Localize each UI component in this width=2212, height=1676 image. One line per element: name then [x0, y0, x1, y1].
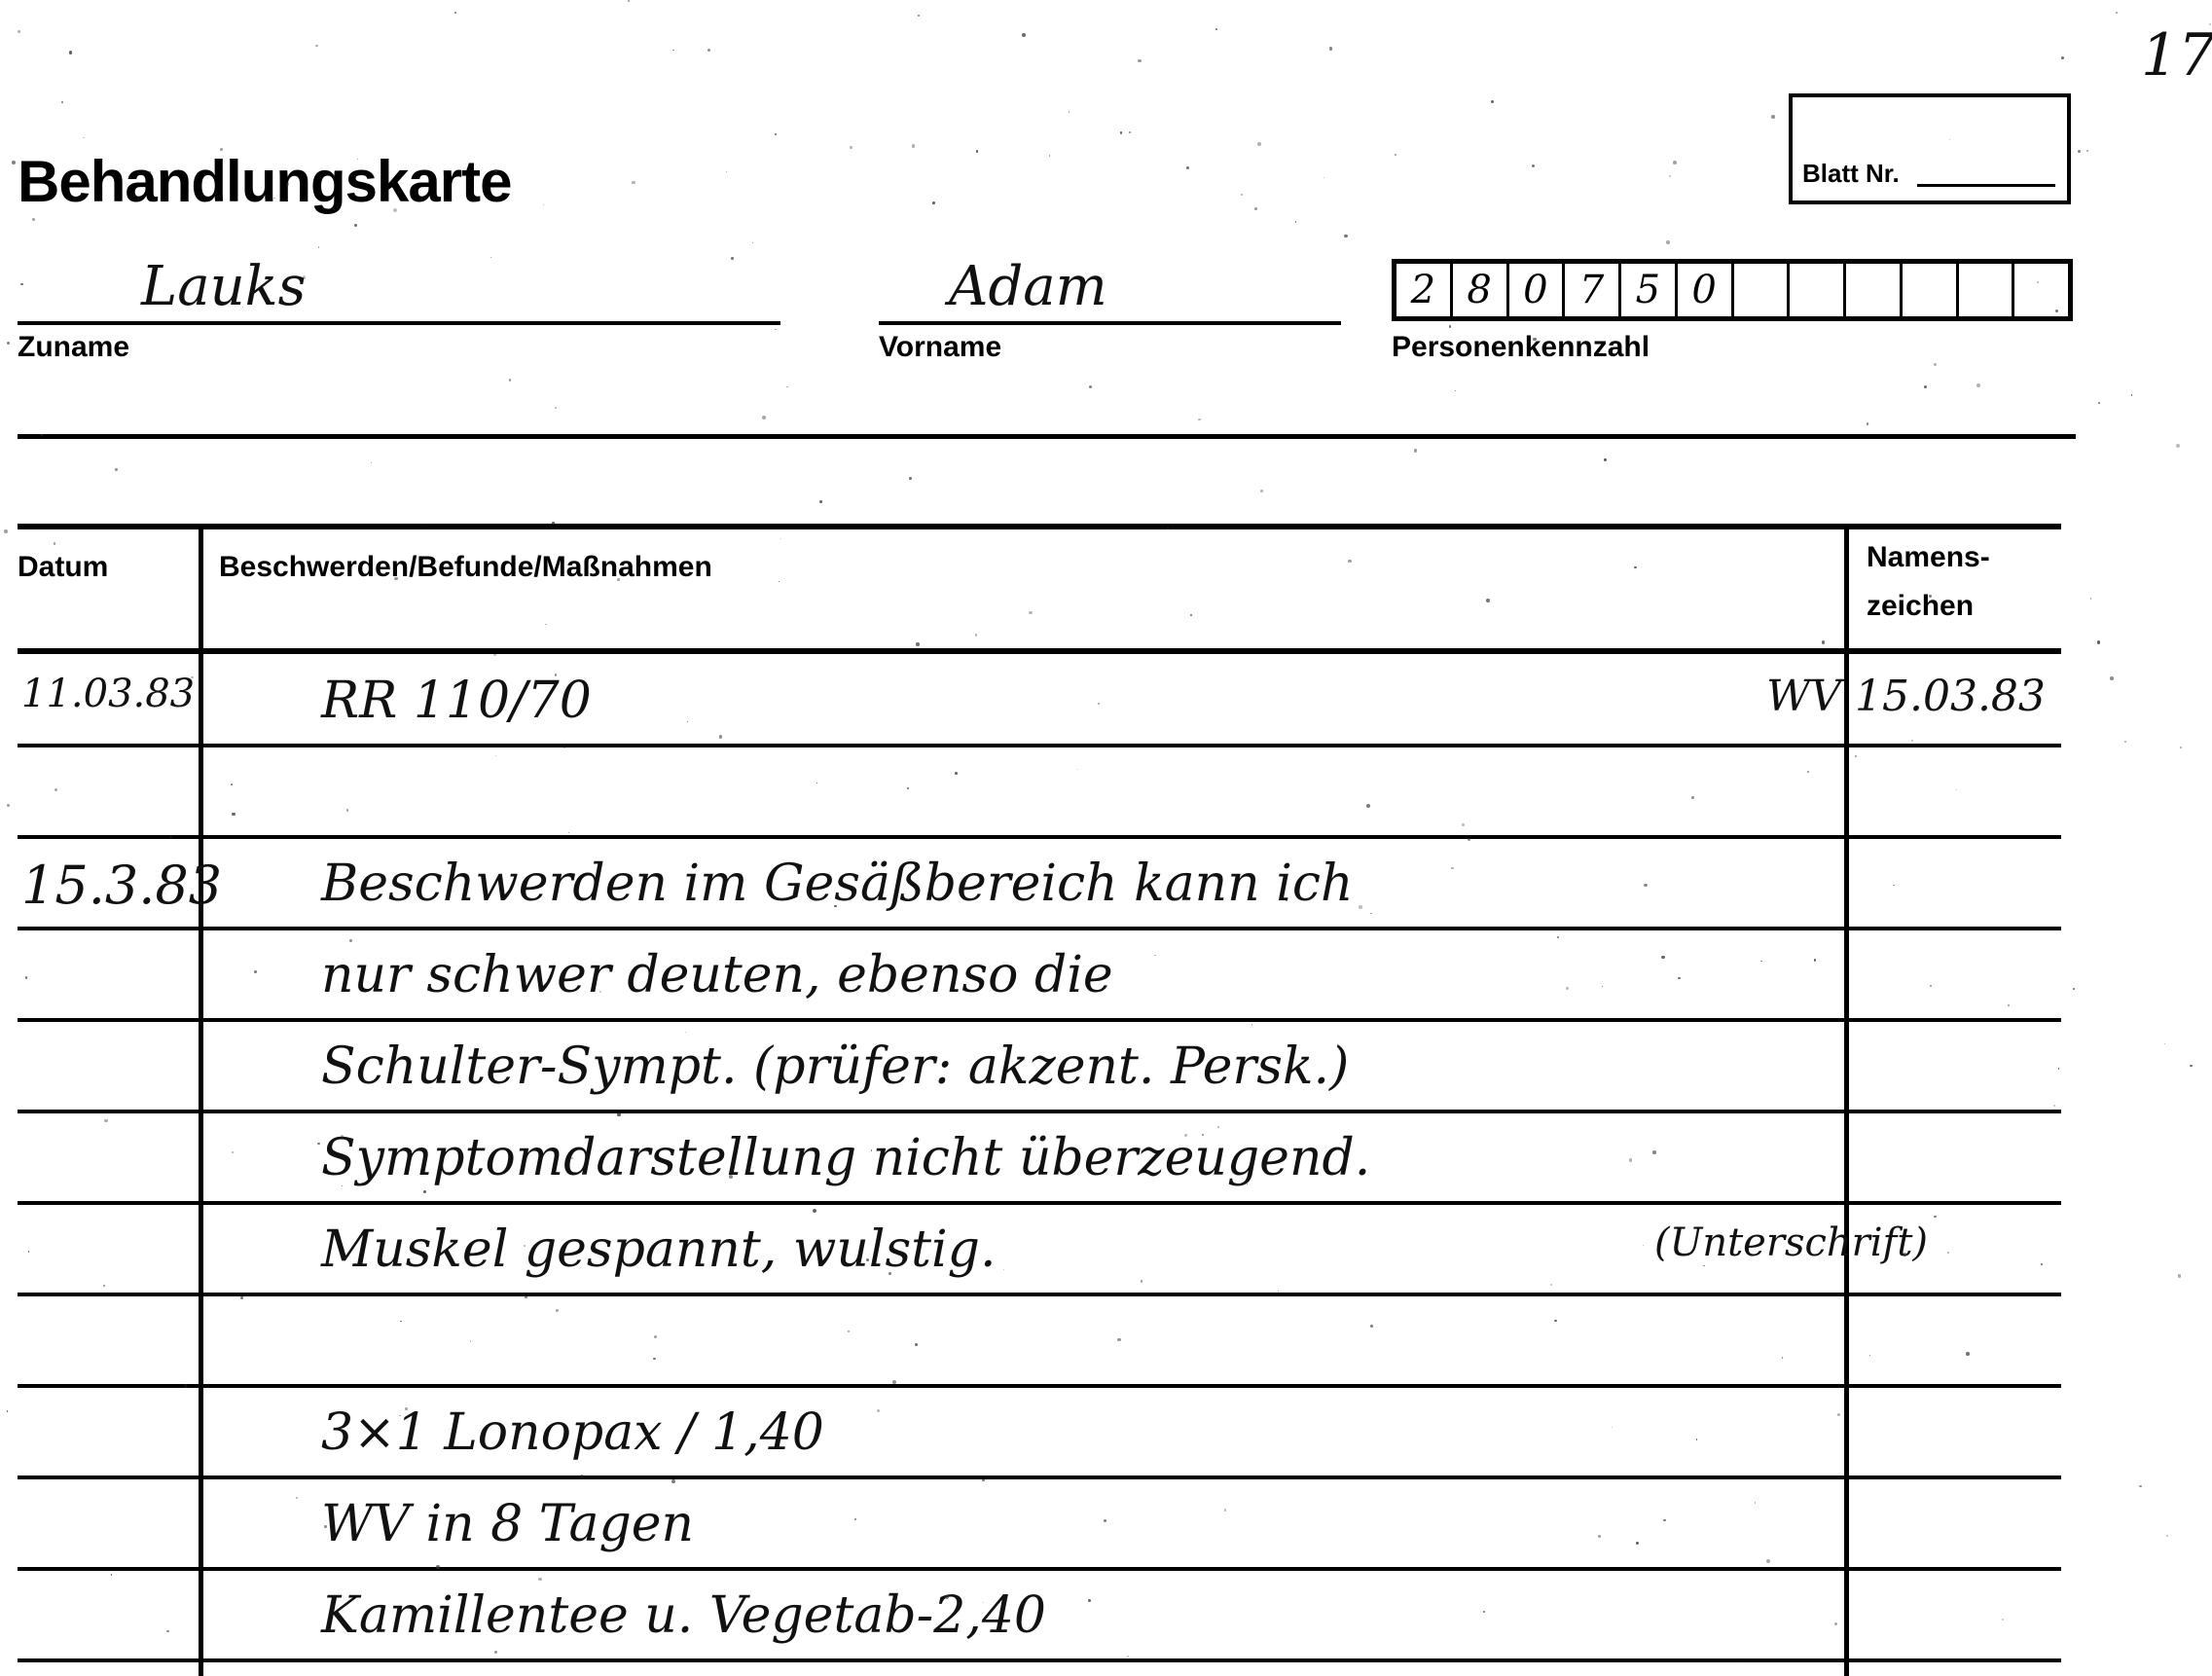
page-number: 17	[2141, 21, 2212, 90]
scan-noise	[2176, 444, 2180, 448]
scan-noise	[1198, 419, 1200, 420]
scan-noise	[1949, 139, 1950, 140]
scan-noise	[400, 1321, 401, 1322]
scan-noise	[775, 329, 777, 331]
scan-noise	[2041, 1263, 2043, 1265]
scan-noise	[813, 1209, 816, 1213]
row-line	[18, 1293, 2061, 1296]
scan-noise	[1154, 955, 1156, 957]
scan-noise	[571, 1157, 572, 1158]
scan-noise	[871, 1149, 873, 1151]
scan-noise	[490, 257, 491, 258]
scan-noise	[1760, 961, 1762, 963]
person-id-digit[interactable]: 0	[1509, 264, 1566, 316]
scan-noise	[1029, 611, 1033, 615]
scan-noise	[342, 1185, 343, 1186]
scan-noise	[296, 1497, 299, 1500]
scan-noise	[976, 150, 979, 153]
person-id-digit[interactable]: 5	[1621, 264, 1678, 316]
scan-noise	[1924, 385, 1927, 388]
header-findings: Beschwerden/Befunde/Maßnahmen	[219, 551, 712, 584]
person-id-digit[interactable]	[1790, 264, 1846, 316]
firstname-value: Adam	[949, 255, 1107, 318]
scan-noise	[2116, 12, 2118, 14]
scan-noise	[1324, 177, 1324, 178]
scan-noise	[752, 242, 753, 243]
scan-noise	[819, 500, 822, 503]
scan-noise	[1455, 390, 1457, 392]
scan-noise	[1117, 1338, 1121, 1342]
row-findings: 3×1 Lonopax / 1,40	[321, 1403, 824, 1462]
scan-noise	[775, 133, 777, 135]
scan-noise	[877, 1409, 880, 1412]
scan-noise	[4, 529, 8, 533]
scan-noise	[780, 538, 782, 540]
scan-noise	[599, 991, 601, 993]
person-id-label: Personenkennzahl	[1392, 331, 1650, 364]
scan-noise	[200, 871, 202, 873]
scan-noise	[2086, 150, 2089, 153]
scan-noise	[1634, 566, 1636, 568]
scan-noise	[1138, 59, 1142, 63]
row-initials: WV 15.03.83	[1766, 672, 2046, 721]
scan-noise	[1022, 33, 1026, 37]
row-findings: nur schwer deuten, ebenso die	[321, 946, 1113, 1004]
scan-noise	[538, 1578, 541, 1581]
scan-noise	[1934, 1216, 1936, 1218]
scan-noise	[1257, 142, 1261, 146]
scan-noise	[617, 578, 620, 581]
scan-noise	[729, 1175, 733, 1179]
scan-noise	[632, 181, 635, 185]
scan-noise	[1782, 1357, 1784, 1359]
scan-noise	[115, 468, 117, 470]
row-findings: Beschwerden im Gesäßbereich kann ich	[321, 855, 1353, 913]
person-id-digit[interactable]: 2	[1396, 264, 1453, 316]
row-findings: Muskel gespannt, wulstig.	[321, 1221, 997, 1279]
scan-noise	[2061, 56, 2064, 59]
sheet-number-field[interactable]	[1917, 184, 2055, 187]
scan-noise	[1049, 155, 1051, 157]
scan-noise	[495, 755, 496, 756]
scan-noise	[341, 1135, 344, 1138]
scan-noise	[2124, 741, 2126, 743]
header-initials-line2: zeichen	[1867, 590, 1974, 623]
scan-noise	[111, 1574, 113, 1576]
scan-noise	[918, 15, 920, 17]
scan-noise	[563, 746, 566, 748]
scan-noise	[731, 257, 734, 260]
scan-noise	[1184, 1134, 1186, 1136]
scan-noise	[1976, 383, 1980, 387]
person-id-digit[interactable]	[1846, 264, 1903, 316]
firstname-label: Vorname	[879, 331, 1001, 364]
scan-noise	[394, 577, 397, 580]
scan-noise	[2058, 1068, 2060, 1070]
scan-noise	[761, 971, 762, 972]
scan-noise	[1678, 977, 1681, 980]
person-id-digit[interactable]: 0	[1678, 264, 1734, 316]
scan-noise	[2097, 640, 2101, 644]
scan-noise	[983, 1602, 984, 1603]
scan-noise	[1644, 884, 1647, 887]
scan-noise	[25, 976, 27, 978]
scan-noise	[848, 1330, 849, 1331]
scan-noise	[1260, 490, 1264, 493]
scan-noise	[1966, 1352, 1970, 1356]
scan-noise	[955, 772, 958, 775]
scan-noise	[1215, 28, 1217, 30]
row-line	[18, 927, 2061, 930]
scan-noise	[1652, 1150, 1656, 1154]
scan-noise	[1566, 987, 1569, 990]
row-date: 11.03.83	[21, 672, 195, 716]
scan-noise	[816, 783, 817, 783]
scan-noise	[975, 634, 977, 636]
scan-noise	[687, 721, 688, 722]
scan-noise	[2139, 1485, 2141, 1487]
scan-noise	[628, 0, 630, 2]
scan-noise	[1867, 422, 1869, 425]
scan-noise	[1855, 755, 1857, 757]
scan-noise	[1167, 528, 1169, 529]
scan-noise	[18, 30, 20, 33]
sheet-number-label: Blatt Nr.	[1802, 159, 1900, 189]
scan-noise	[315, 45, 318, 48]
scan-noise	[552, 522, 554, 524]
scan-noise	[1088, 1599, 1091, 1602]
scan-noise	[1934, 363, 1937, 366]
person-id-digit[interactable]	[1959, 264, 2015, 316]
scan-noise	[371, 462, 372, 463]
scan-noise	[354, 224, 357, 227]
row-line	[18, 1476, 2061, 1479]
person-id-digit[interactable]: 7	[1565, 264, 1621, 316]
scan-noise	[1696, 1439, 1698, 1440]
scan-noise	[1532, 164, 1535, 167]
scan-noise	[1771, 115, 1775, 119]
scan-noise	[2053, 1105, 2055, 1107]
row-line	[18, 1201, 2061, 1205]
header-date: Datum	[18, 551, 108, 584]
scan-noise	[54, 542, 56, 545]
scan-noise	[907, 787, 909, 789]
person-id-digit[interactable]	[2014, 264, 2068, 316]
scan-noise	[7, 342, 10, 345]
scan-noise	[2078, 150, 2081, 153]
scan-noise	[543, 204, 544, 205]
scan-noise	[317, 1143, 320, 1146]
scan-noise	[1254, 207, 1257, 210]
scan-noise	[779, 581, 780, 582]
scan-noise	[762, 416, 766, 419]
scan-noise	[32, 218, 35, 221]
scan-noise	[12, 161, 16, 164]
scan-noise	[1359, 905, 1361, 908]
scan-noise	[61, 101, 63, 103]
scan-noise	[454, 12, 456, 14]
person-id-digit[interactable]	[1903, 264, 1959, 316]
row-line	[18, 744, 2061, 747]
row-findings: WV in 8 Tagen	[321, 1495, 694, 1553]
scan-noise	[1604, 458, 1606, 460]
scan-noise	[1104, 1519, 1106, 1522]
scan-noise	[1127, 1656, 1129, 1658]
scan-noise	[1462, 823, 1465, 826]
scan-noise	[786, 386, 787, 387]
scan-noise	[1663, 1519, 1666, 1522]
row-date: 15.3.83	[21, 855, 222, 916]
scan-noise	[2190, 1065, 2193, 1068]
scan-noise	[888, 1272, 891, 1275]
scan-noise	[220, 148, 223, 151]
scan-noise	[556, 1309, 558, 1311]
row-findings: Kamillentee u. Vegetab-2,40	[321, 1586, 1046, 1645]
surname-line	[18, 321, 780, 325]
scan-noise	[1129, 131, 1131, 133]
scan-noise	[545, 624, 547, 626]
scan-noise	[1414, 449, 1417, 452]
scan-noise	[2178, 1274, 2181, 1277]
scan-noise	[470, 1340, 471, 1341]
scan-noise	[1395, 154, 1396, 156]
scan-noise	[349, 939, 352, 942]
scan-noise	[525, 1295, 527, 1298]
scan-noise	[83, 137, 85, 139]
scan-noise	[672, 50, 674, 52]
scan-noise	[1186, 166, 1189, 169]
scan-noise	[1370, 913, 1372, 915]
row-initials: (Unterschrift)	[1654, 1221, 1928, 1265]
scan-noise	[1241, 194, 1243, 196]
table-header-border	[18, 648, 2061, 654]
scan-noise	[1837, 1413, 1840, 1416]
scan-noise	[2164, 1043, 2165, 1044]
scan-noise	[2090, 598, 2092, 600]
scan-noise	[866, 1258, 869, 1261]
scan-noise	[653, 1358, 656, 1361]
row-line	[18, 835, 2061, 839]
scan-noise	[982, 1479, 985, 1482]
scan-noise	[1629, 1158, 1632, 1161]
scan-noise	[1217, 1126, 1219, 1128]
scan-noise	[1329, 47, 1332, 50]
scan-noise	[1295, 221, 1297, 223]
scan-noise	[1691, 796, 1694, 799]
scan-noise	[617, 1112, 620, 1115]
scan-noise	[423, 1190, 426, 1193]
scan-noise	[1370, 1325, 1374, 1329]
scan-noise	[7, 804, 10, 807]
scan-noise	[1278, 1291, 1279, 1292]
scan-noise	[1202, 1134, 1204, 1136]
scan-noise	[1468, 838, 1470, 841]
scan-noise	[1807, 771, 1809, 773]
scan-noise	[393, 208, 397, 212]
scan-noise	[707, 49, 710, 52]
scan-noise	[1557, 936, 1559, 938]
scan-noise	[654, 1335, 657, 1338]
scan-noise	[318, 246, 319, 247]
scan-noise	[1003, 1269, 1004, 1270]
scan-noise	[912, 144, 915, 147]
scan-noise	[671, 1479, 675, 1483]
scan-noise	[1533, 338, 1536, 341]
scan-noise	[1602, 986, 1603, 987]
scan-noise	[240, 1296, 243, 1299]
scan-noise	[7, 1410, 9, 1412]
scan-noise	[1366, 804, 1370, 808]
scan-noise	[1930, 985, 1932, 987]
scan-noise	[1554, 1320, 1556, 1322]
scan-noise	[1224, 1509, 1226, 1511]
scan-noise	[1669, 175, 1671, 177]
scan-noise	[1550, 1284, 1552, 1286]
person-id-digit[interactable]	[1734, 264, 1791, 316]
scan-noise	[1666, 240, 1670, 244]
scan-noise	[2166, 1535, 2168, 1537]
scan-noise	[555, 407, 557, 409]
scan-noise	[916, 642, 920, 646]
scan-noise	[166, 1630, 168, 1632]
date-column-divider	[199, 526, 203, 1676]
scan-noise	[1673, 161, 1677, 164]
scan-noise	[568, 832, 569, 833]
scan-noise	[303, 275, 306, 278]
scan-noise	[1451, 867, 1453, 869]
scan-noise	[103, 1285, 105, 1287]
scan-noise	[231, 783, 233, 785]
scan-noise	[1089, 385, 1092, 388]
scan-noise	[1491, 100, 1494, 103]
row-line	[18, 1110, 2061, 1113]
sheet-number-box: Blatt Nr.	[1789, 93, 2071, 204]
scan-noise	[1190, 614, 1192, 616]
scan-noise	[1077, 769, 1078, 770]
scan-noise	[1766, 1559, 1770, 1563]
scan-noise	[1449, 325, 1452, 328]
scan-noise	[1612, 1427, 1613, 1428]
row-findings: Symptomdarstellung nicht überzeugend.	[321, 1129, 1370, 1187]
surname-label: Zuname	[18, 331, 129, 364]
scan-noise	[2110, 676, 2114, 680]
scan-noise	[232, 813, 236, 817]
table-top-border	[18, 524, 2061, 529]
scan-noise	[685, 1032, 686, 1033]
person-id-digit[interactable]: 8	[1453, 264, 1509, 316]
scan-noise	[909, 477, 912, 480]
scan-noise	[509, 379, 511, 381]
scan-noise	[719, 735, 723, 739]
scan-noise	[1911, 740, 1913, 742]
header-separator	[18, 434, 2076, 439]
scan-noise	[324, 1525, 327, 1528]
firstname-line	[879, 321, 1341, 325]
scan-noise	[834, 905, 836, 907]
scan-noise	[1822, 640, 1826, 644]
scan-noise	[932, 201, 935, 204]
scan-noise	[28, 1251, 29, 1252]
scan-noise	[20, 283, 22, 285]
scan-noise	[2073, 988, 2075, 990]
scan-noise	[2008, 1004, 2010, 1006]
row-line	[18, 1567, 2061, 1571]
scan-noise	[1098, 703, 1099, 704]
scan-noise	[1344, 235, 1348, 238]
scan-noise	[1834, 1622, 1837, 1625]
surname-value: Lauks	[141, 255, 306, 318]
scan-noise	[2037, 281, 2039, 283]
scan-noise	[493, 654, 495, 656]
scan-noise	[2131, 394, 2133, 396]
scan-noise	[1636, 1542, 1639, 1545]
scan-noise	[850, 146, 852, 149]
scan-noise	[1869, 1355, 1870, 1356]
scan-noise	[54, 788, 57, 791]
scan-noise	[1483, 1611, 1485, 1613]
row-findings: RR 110/70	[321, 672, 592, 730]
scan-noise	[1661, 956, 1665, 960]
scan-noise	[1755, 1502, 1756, 1503]
scan-noise	[555, 674, 557, 675]
scan-noise	[1486, 599, 1490, 602]
scan-noise	[346, 809, 348, 811]
scan-noise	[232, 1151, 234, 1153]
scan-noise	[494, 1651, 497, 1654]
scan-noise	[2098, 402, 2100, 404]
person-id-boxes[interactable]: 280750	[1392, 259, 2073, 321]
scan-noise	[726, 171, 727, 172]
scan-noise	[254, 970, 256, 972]
form-title: Behandlungskarte	[18, 148, 511, 215]
row-line	[18, 1018, 2061, 1022]
scan-noise	[1703, 1265, 1705, 1267]
scan-noise	[104, 1119, 108, 1123]
scan-noise	[1643, 1245, 1644, 1246]
scan-noise	[915, 1343, 918, 1346]
scan-noise	[69, 51, 73, 55]
scan-noise	[1598, 1535, 1601, 1538]
scan-noise	[1141, 1280, 1143, 1283]
scan-noise	[2002, 1619, 2005, 1621]
scan-noise	[1251, 1024, 1253, 1026]
row-line	[18, 1658, 2061, 1662]
scan-noise	[405, 1407, 408, 1410]
header-initials-line1: Namens-	[1867, 541, 1990, 574]
scan-noise	[1814, 959, 1816, 961]
scan-noise	[1120, 131, 1122, 133]
scan-noise	[1893, 885, 1895, 887]
row-findings: Schulter-Sympt. (prüfer: akzent. Persk.)	[321, 1038, 1349, 1096]
scan-noise	[1947, 1252, 1949, 1254]
scan-noise	[1348, 560, 1352, 564]
scan-noise	[892, 1380, 896, 1384]
scan-noise	[2180, 747, 2182, 748]
scan-noise	[1956, 789, 1958, 791]
scan-noise	[1069, 111, 1070, 113]
row-line	[18, 1384, 2061, 1388]
scan-noise	[854, 1518, 856, 1520]
scan-noise	[494, 169, 497, 172]
